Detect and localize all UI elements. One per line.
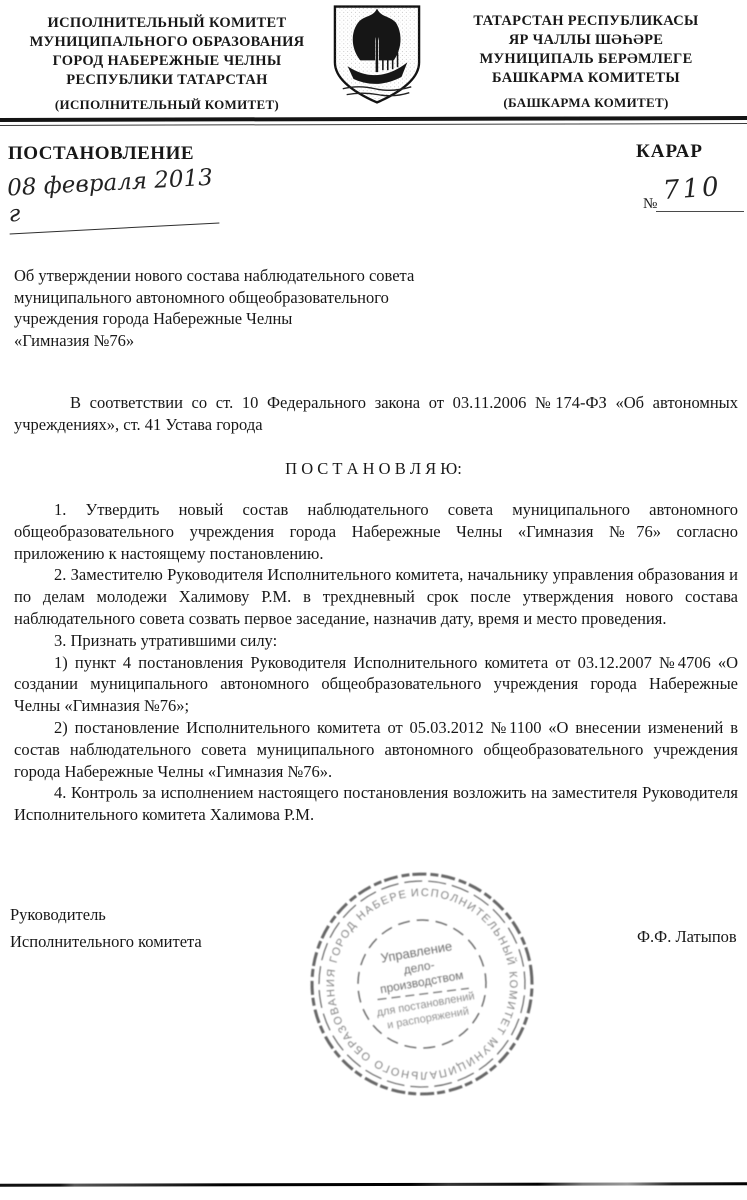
header-org-tatar: ТАТАРСТАН РЕСПУБЛИКАСЫ ЯР ЧАЛЛЫ ШӘҺӘРЕ М… xyxy=(438,12,734,111)
number-underline xyxy=(656,211,744,212)
scanned-decree-page: ИСПОЛНИТЕЛЬНЫЙ КОМИТЕТ МУНИЦИПАЛЬНОГО ОБ… xyxy=(0,0,747,1200)
body-paragraph: 2. Заместителю Руководителя Исполнительн… xyxy=(14,564,738,629)
subject-line: муниципального автономного общеобразоват… xyxy=(14,287,474,309)
header-org-subtitle: (ИСПОЛНИТЕЛЬНЫЙ КОМИТЕТ) xyxy=(16,97,318,113)
official-stamp: ИСПОЛНИТЕЛЬНЫЙ КОМИТЕТ МУНИЦИПАЛЬНОГО ОБ… xyxy=(274,845,570,1124)
body-paragraph: 4. Контроль за исполнением настоящего по… xyxy=(14,782,738,826)
coat-of-arms-icon xyxy=(331,3,423,106)
subject-line: Об утверждении нового состава наблюдател… xyxy=(14,265,474,287)
header-org-russian: ИСПОЛНИТЕЛЬНЫЙ КОМИТЕТ МУНИЦИПАЛЬНОГО ОБ… xyxy=(16,14,318,113)
subject-line: «Гимназия №76» xyxy=(14,330,474,352)
header-org-line: ИСПОЛНИТЕЛЬНЫЙ КОМИТЕТ xyxy=(16,14,318,33)
doc-type-tatar: КАРАР xyxy=(636,141,703,163)
signatory-name: Ф.Ф. Латыпов xyxy=(637,927,737,947)
intro-paragraph: В соответствии со ст. 10 Федерального за… xyxy=(14,392,738,436)
handwritten-date: 08 февраля 2013 г xyxy=(7,165,220,235)
header-divider xyxy=(0,116,747,122)
body-paragraph: 1. Утвердить новый состав наблюдательног… xyxy=(14,499,738,564)
header-divider-thin xyxy=(0,123,747,126)
header-org-line: БАШКАРМА КОМИТЕТЫ xyxy=(438,69,734,88)
header-org-line: МУНИЦИПАЛЬ БЕРӘМЛЕГЕ xyxy=(438,50,734,69)
doc-type-russian: ПОСТАНОВЛЕНИЕ xyxy=(8,143,194,165)
header-org-line: РЕСПУБЛИКИ ТАТАРСТАН xyxy=(16,71,318,90)
bottom-scan-line xyxy=(0,1182,747,1187)
body-text: 1. Утвердить новый состав наблюдательног… xyxy=(14,499,738,826)
resolve-keyword: П О С Т А Н О В Л Я Ю: xyxy=(0,459,747,479)
header-org-line: ГОРОД НАБЕРЕЖНЫЕ ЧЕЛНЫ xyxy=(16,52,318,71)
body-paragraph: 3. Признать утратившими силу: xyxy=(14,630,738,652)
subject-line: учреждения города Набережные Челны xyxy=(14,308,474,330)
signatory-title: Руководитель Исполнительного комитета xyxy=(10,901,202,955)
header-org-line: МУНИЦИПАЛЬНОГО ОБРАЗОВАНИЯ xyxy=(16,33,318,52)
header-org-line: ЯР ЧАЛЛЫ ШӘҺӘРЕ xyxy=(438,31,734,50)
subject-block: Об утверждении нового состава наблюдател… xyxy=(14,265,474,351)
header-org-subtitle: (БАШКАРМА КОМИТЕТ) xyxy=(438,95,734,111)
body-paragraph: 2) постановление Исполнительного комитет… xyxy=(14,717,738,782)
handwritten-number: 710 xyxy=(662,172,723,206)
signatory-title-line: Исполнительного комитета xyxy=(10,928,202,955)
header-org-line: ТАТАРСТАН РЕСПУБЛИКАСЫ xyxy=(438,12,734,31)
signatory-title-line: Руководитель xyxy=(10,901,202,928)
body-paragraph: 1) пункт 4 постановления Руководителя Ис… xyxy=(14,652,738,717)
